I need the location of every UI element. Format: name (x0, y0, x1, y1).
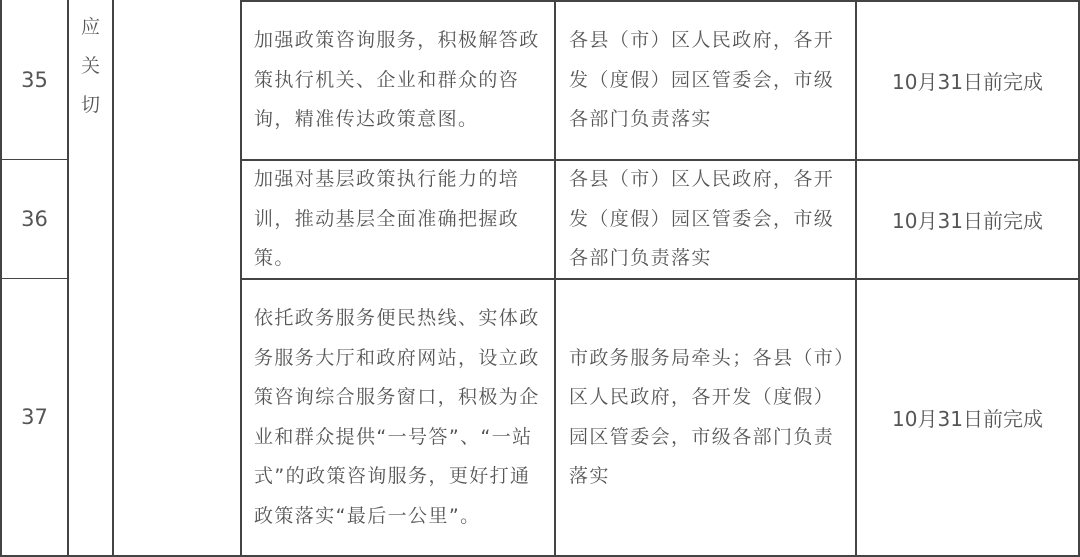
row-number: 37 (2, 279, 67, 555)
deadline: 10月31日前完成 (857, 161, 1078, 278)
row-number: 36 (2, 160, 67, 278)
responsible-party: 各县（市）区人民政府，各开发（度假）园区管委会，市级各部门负责落实 (556, 2, 855, 159)
task-description: 加强政策咨询服务，积极解答政策执行机关、企业和群众的咨询，精准传达政策意图。 (242, 2, 554, 159)
empty-merged-cell (114, 0, 240, 555)
responsible-text: 市政务服务局牵头；各县（市）区人民政府，各开发（度假）园区管委会，市级各部门负责… (569, 339, 847, 497)
responsible-text: 各县（市）区人民政府，各开发（度假）园区管委会，市级各部门负责落实 (569, 160, 847, 279)
responsible-text: 各县（市）区人民政府，各开发（度假）园区管委会，市级各部门负责落实 (569, 21, 847, 140)
category-cell: 应 关 切 (69, 0, 112, 555)
task-description: 加强对基层政策执行能力的培训，推动基层全面准确把握政策。 (242, 161, 554, 278)
responsible-party: 市政务服务局牵头；各县（市）区人民政府，各开发（度假）园区管委会，市级各部门负责… (556, 280, 855, 555)
deadline: 10月31日前完成 (857, 280, 1078, 555)
category-char: 应 (81, 8, 100, 47)
task-text: 加强政策咨询服务，积极解答政策执行机关、企业和群众的咨询，精准传达政策意图。 (254, 21, 546, 140)
task-text: 依托政务服务便民热线、实体政务服务大厅和政府网站，设立政策咨询综合服务窗口，积极… (254, 299, 546, 536)
responsible-party: 各县（市）区人民政府，各开发（度假）园区管委会，市级各部门负责落实 (556, 161, 855, 278)
policy-task-table: 应 关 切 35 加强政策咨询服务，积极解答政策执行机关、企业和群众的咨询，精准… (0, 0, 1080, 557)
task-text: 加强对基层政策执行能力的培训，推动基层全面准确把握政策。 (254, 160, 546, 279)
category-char: 关 (81, 47, 100, 86)
deadline: 10月31日前完成 (857, 2, 1078, 159)
row-number: 35 (2, 0, 67, 159)
task-description: 依托政务服务便民热线、实体政务服务大厅和政府网站，设立政策咨询综合服务窗口，积极… (242, 280, 554, 555)
category-char: 切 (81, 86, 100, 125)
